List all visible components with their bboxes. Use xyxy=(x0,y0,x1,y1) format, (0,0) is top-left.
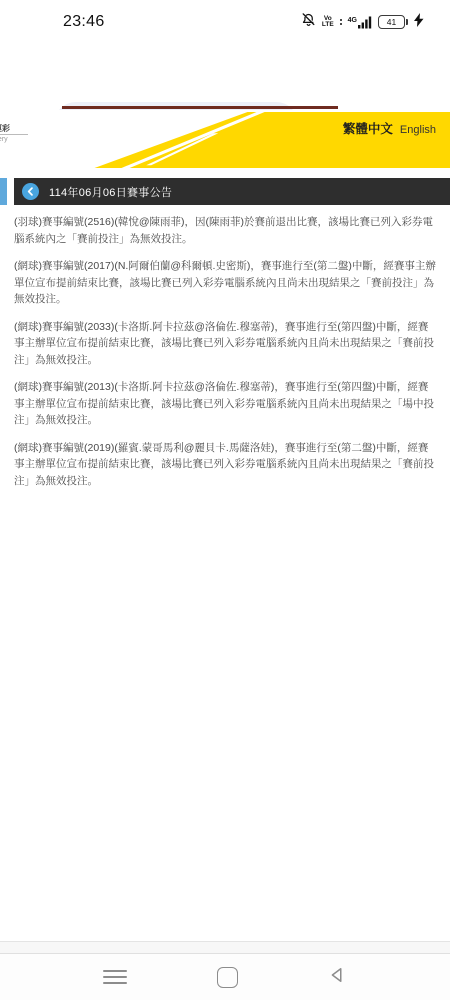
battery-percent: 41 xyxy=(387,17,396,27)
home-square-icon[interactable] xyxy=(217,967,238,988)
bell-off-icon xyxy=(301,12,316,32)
status-icons: Vo LTE 4G 41 xyxy=(301,0,424,44)
site-logo[interactable]: 運彩 ttery xyxy=(0,124,28,145)
chevron-left-icon xyxy=(26,187,35,196)
notice-paragraph: (網球)賽事編號(2019)(羅賓.蒙哥馬利@麗貝卡.馬薩洛娃)，賽事進行至(第… xyxy=(14,440,437,490)
lang-zh-link[interactable]: 繁體中文 xyxy=(343,119,393,137)
notice-paragraph: (羽球)賽事編號(2516)(韓悅@陳雨菲)，因(陳雨菲)於賽前退出比賽，該場比… xyxy=(14,214,437,247)
browser-toolbar: ortslottery.com.tw :D xyxy=(0,44,450,108)
notice-paragraph: (網球)賽事編號(2017)(N.阿爾伯蘭@科爾頓.史密斯)，賽事進行至(第二盤… xyxy=(14,258,437,308)
volte-icon: Vo LTE xyxy=(322,16,334,28)
charging-bolt-icon xyxy=(414,13,424,32)
signal-bars-icon: 4G xyxy=(348,16,372,29)
page-footer-strip xyxy=(0,942,450,953)
notice-paragraph: (網球)賽事編號(2033)(卡洛斯.阿卡拉茲@洛倫佐.穆塞蒂)，賽事進行至(第… xyxy=(14,319,437,369)
back-button[interactable] xyxy=(22,183,39,200)
header-top-rule xyxy=(62,106,338,109)
notice-paragraph: (網球)賽事編號(2013)(卡洛斯.阿卡拉茲@洛倫佐.穆塞蒂)，賽事進行至(第… xyxy=(14,379,437,429)
battery-icon: 41 xyxy=(378,15,408,29)
back-triangle-icon[interactable] xyxy=(327,965,347,990)
recents-icon[interactable] xyxy=(103,970,127,984)
site-header-banner: 運彩 ttery 繁體中文 English xyxy=(0,110,450,170)
clock: 23:46 xyxy=(63,13,105,31)
language-switcher: 繁體中文 English xyxy=(343,119,436,137)
announcement-bar: 114年06月06日賽事公告 xyxy=(14,178,450,205)
lang-en-link[interactable]: English xyxy=(400,124,436,136)
side-widget-tab[interactable] xyxy=(0,178,7,205)
notice-list: (羽球)賽事編號(2516)(韓悅@陳雨菲)，因(陳雨菲)於賽前退出比賽，該場比… xyxy=(0,205,450,941)
android-nav-bar xyxy=(0,953,450,1000)
sim2-signal-icon xyxy=(340,19,342,25)
page-title: 114年06月06日賽事公告 xyxy=(49,184,172,200)
status-bar: 23:46 Vo LTE 4G 41 xyxy=(0,0,450,44)
